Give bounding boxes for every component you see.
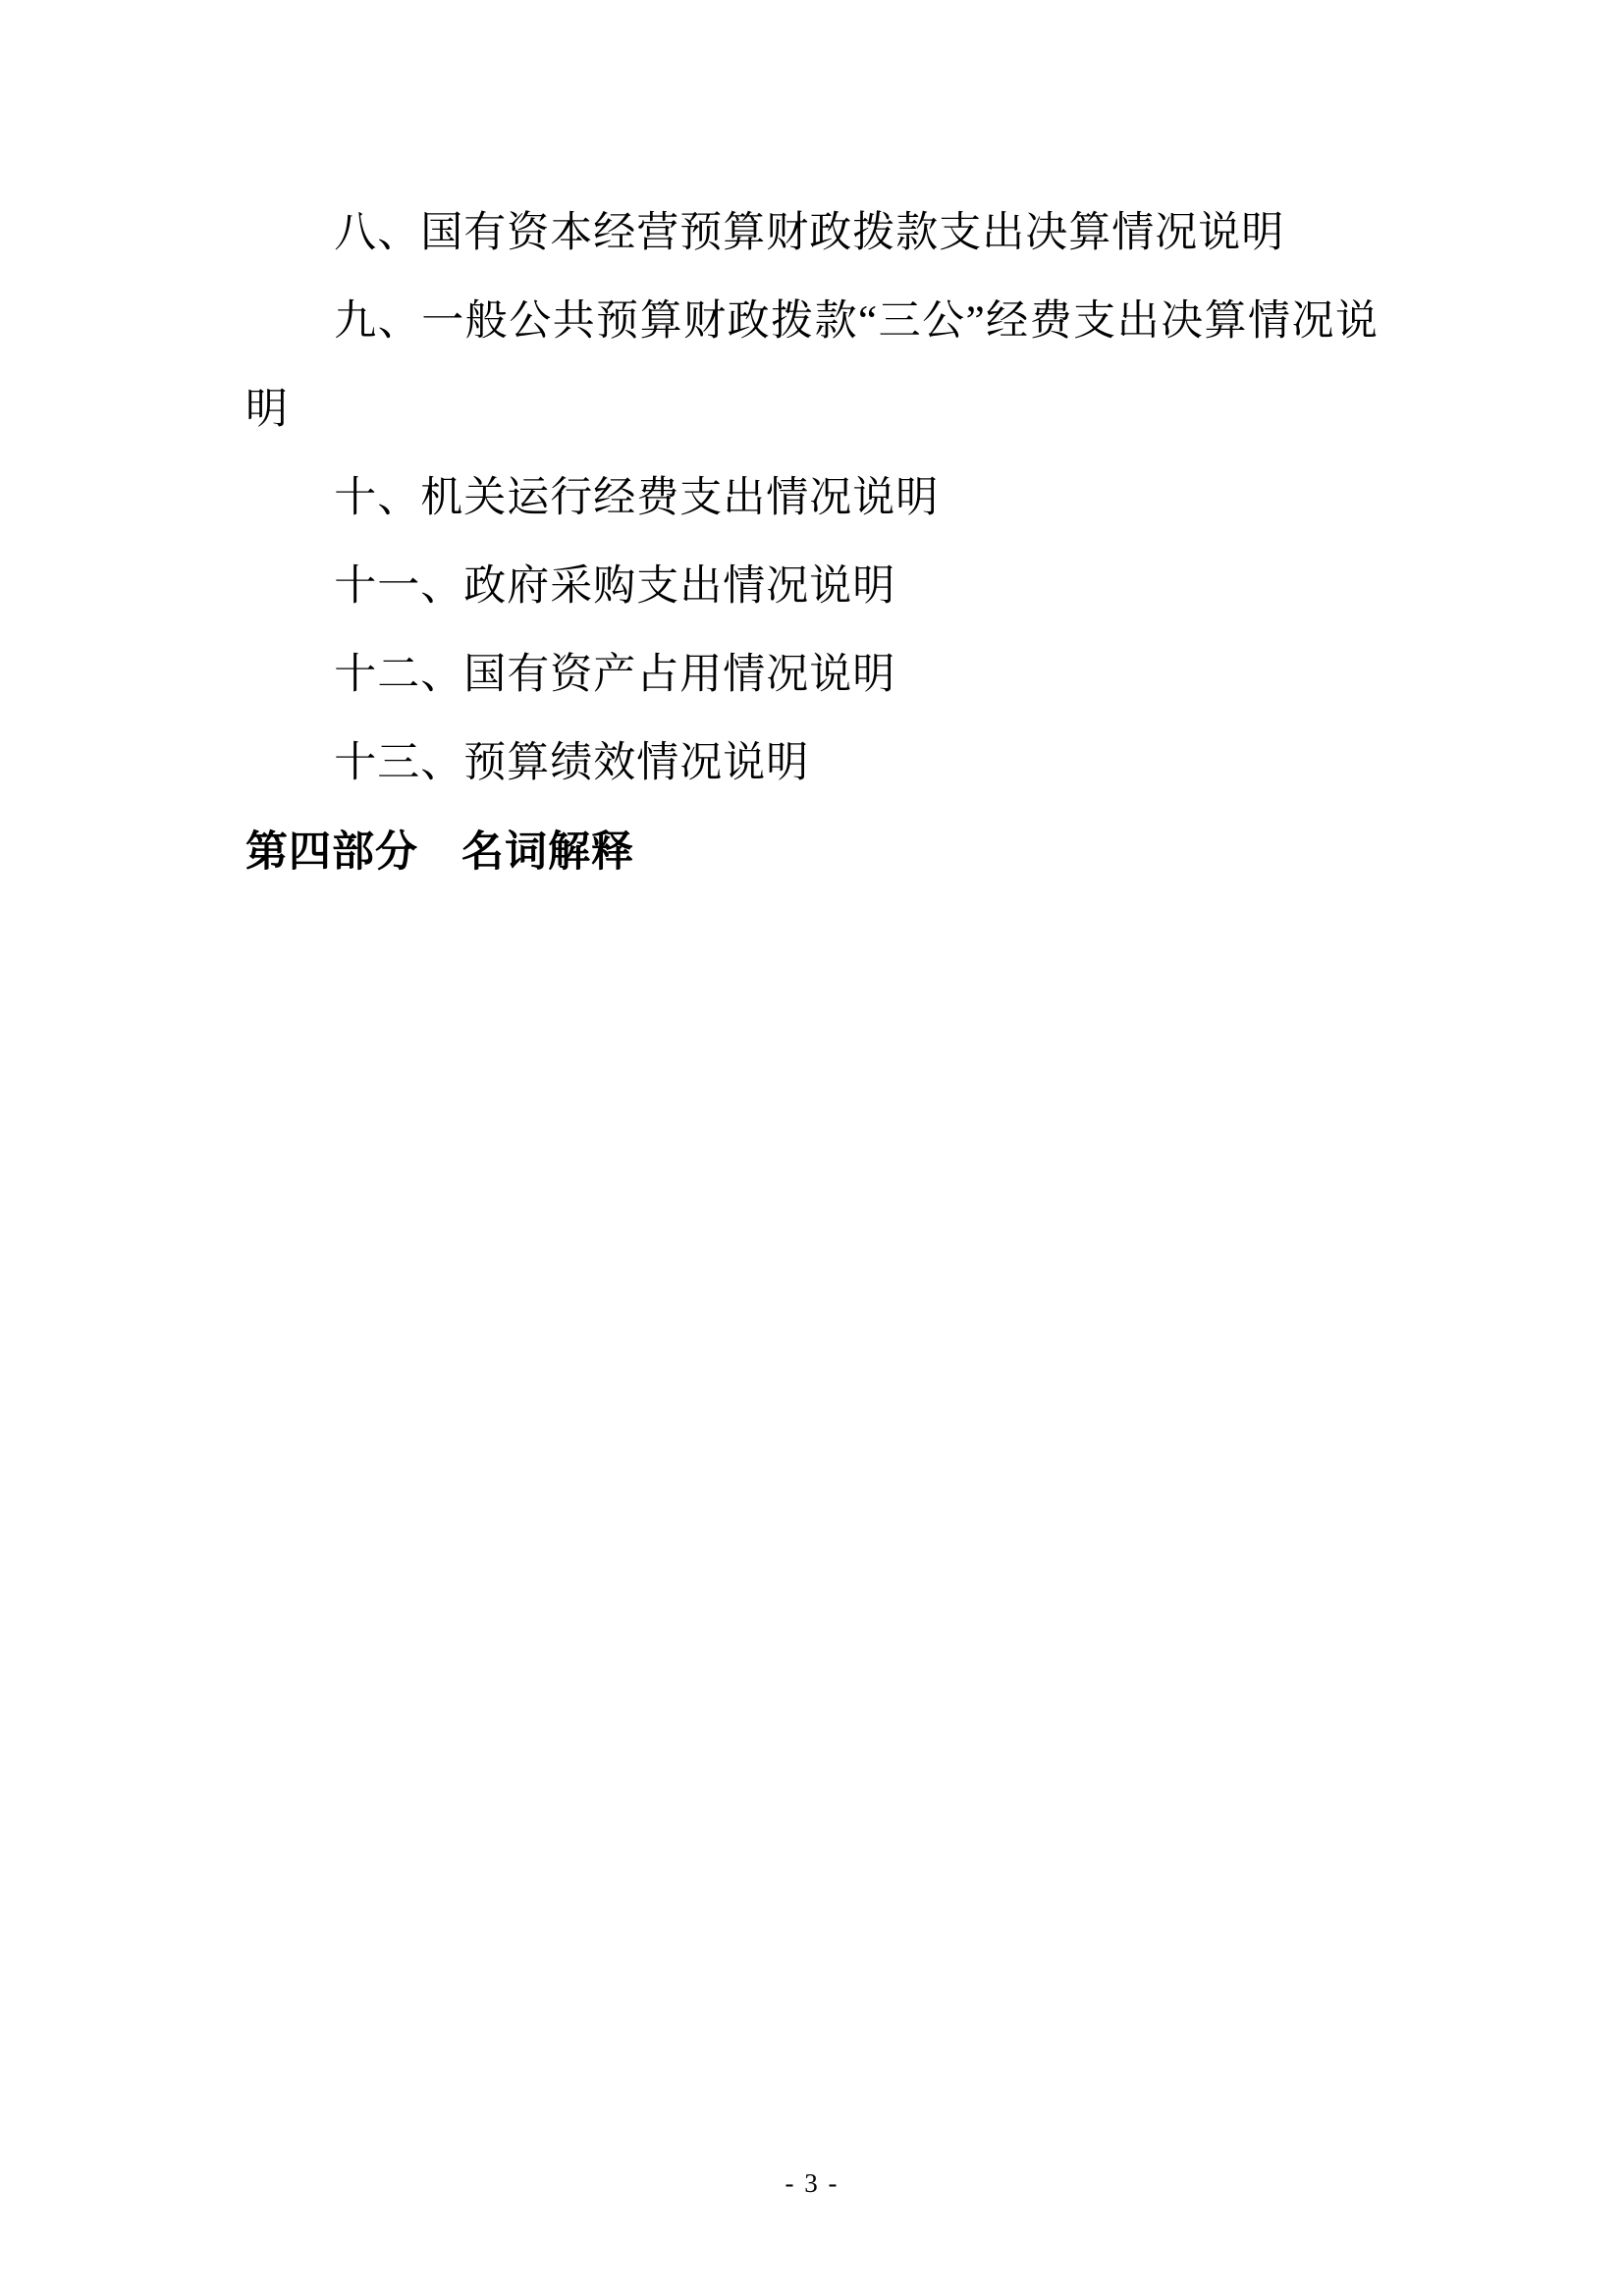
toc-content: 八、国有资本经营预算财政拨款支出决算情况说明 九、一般公共预算财政拨款“三公”经… xyxy=(245,189,1379,896)
toc-item-8: 八、国有资本经营预算财政拨款支出决算情况说明 xyxy=(245,189,1379,278)
toc-item-9: 九、一般公共预算财政拨款“三公”经费支出决算情况说明 xyxy=(245,278,1379,454)
page-number: - 3 - xyxy=(0,2163,1624,2203)
toc-item-11: 十一、政府采购支出情况说明 xyxy=(245,543,1379,631)
section-heading-part4: 第四部分 名词解释 xyxy=(245,808,1379,896)
document-page: 八、国有资本经营预算财政拨款支出决算情况说明 九、一般公共预算财政拨款“三公”经… xyxy=(0,0,1624,2296)
toc-item-13: 十三、预算绩效情况说明 xyxy=(245,720,1379,808)
toc-item-10: 十、机关运行经费支出情况说明 xyxy=(245,454,1379,543)
toc-item-12: 十二、国有资产占用情况说明 xyxy=(245,631,1379,720)
